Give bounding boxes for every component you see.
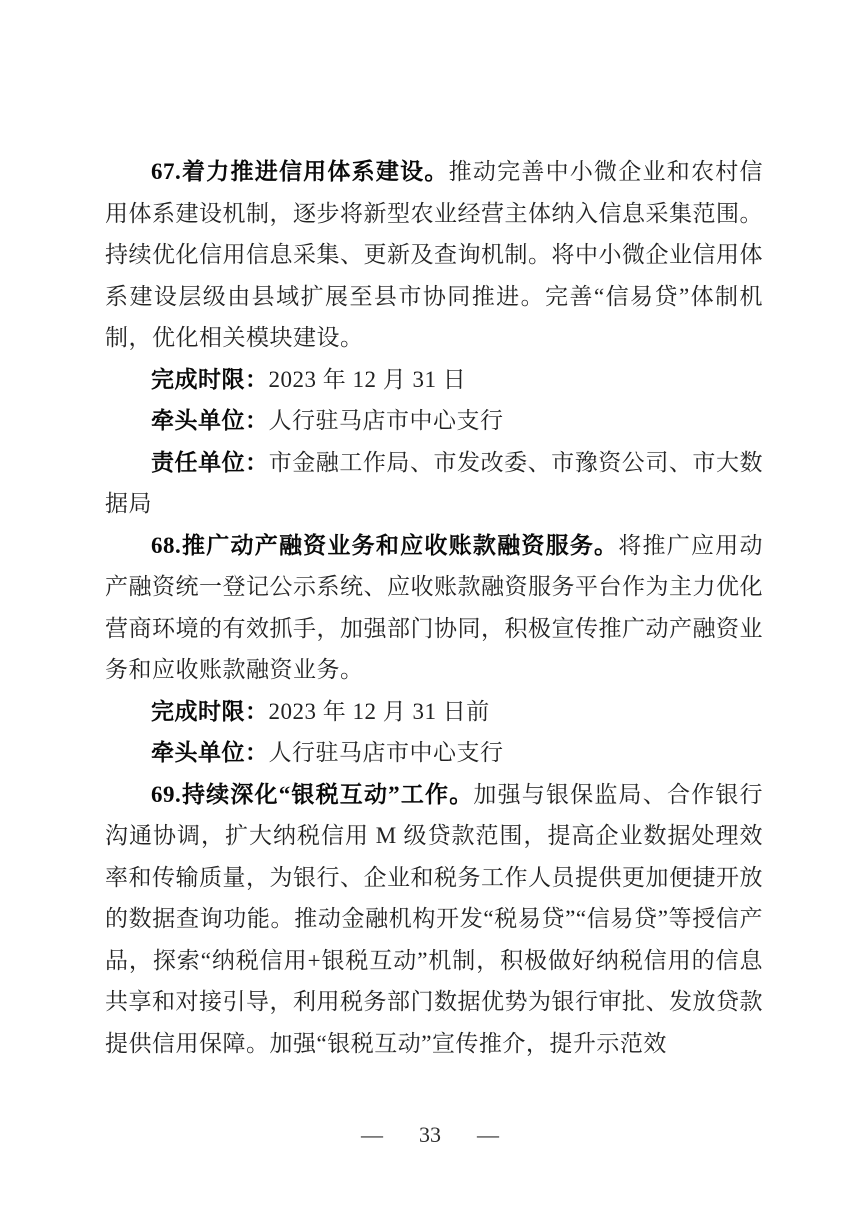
meta-line: 责任单位：市金融工作局、市发改委、市豫资公司、市大数据局: [105, 442, 763, 525]
footer-dash-right: —: [477, 1120, 499, 1150]
heading-run: 牵头单位：: [151, 408, 269, 433]
heading-run: 牵头单位：: [151, 740, 269, 765]
text-run: 人行驻马店市中心支行: [269, 408, 504, 433]
heading-run: 完成时限：: [151, 699, 269, 724]
text-run: 加强与银保监局、合作银行沟通协调，扩大纳税信用 M 级贷款范围，提高企业数据处理…: [105, 782, 763, 1056]
document-page: 67.着力推进信用体系建设。推动完善中小微企业和农村信用体系建设机制，逐步将新型…: [0, 0, 860, 1216]
heading-run: 67.着力推进信用体系建设。: [151, 159, 449, 184]
document-body: 67.着力推进信用体系建设。推动完善中小微企业和农村信用体系建设机制，逐步将新型…: [105, 151, 763, 1064]
page-number: 33: [419, 1120, 441, 1150]
meta-line: 完成时限：2023 年 12 月 31 日前: [105, 691, 763, 733]
paragraph: 69.持续深化“银税互动”工作。加强与银保监局、合作银行沟通协调，扩大纳税信用 …: [105, 774, 763, 1065]
footer-dash-left: —: [361, 1120, 383, 1150]
heading-run: 69.持续深化“银税互动”工作。: [151, 782, 473, 807]
page-footer: — 33 —: [0, 1120, 860, 1150]
meta-line: 牵头单位：人行驻马店市中心支行: [105, 732, 763, 774]
text-run: 人行驻马店市中心支行: [269, 740, 504, 765]
heading-run: 68.推广动产融资业务和应收账款融资服务。: [151, 533, 618, 558]
paragraph: 67.着力推进信用体系建设。推动完善中小微企业和农村信用体系建设机制，逐步将新型…: [105, 151, 763, 359]
heading-run: 完成时限：: [151, 367, 269, 392]
text-run: 2023 年 12 月 31 日: [269, 367, 467, 392]
meta-line: 牵头单位：人行驻马店市中心支行: [105, 400, 763, 442]
text-run: 推动完善中小微企业和农村信用体系建设机制，逐步将新型农业经营主体纳入信息采集范围…: [105, 159, 763, 350]
meta-line: 完成时限：2023 年 12 月 31 日: [105, 359, 763, 401]
text-run: 2023 年 12 月 31 日前: [269, 699, 490, 724]
heading-run: 责任单位：: [151, 450, 269, 475]
paragraph: 68.推广动产融资业务和应收账款融资服务。将推广应用动产融资统一登记公示系统、应…: [105, 525, 763, 691]
